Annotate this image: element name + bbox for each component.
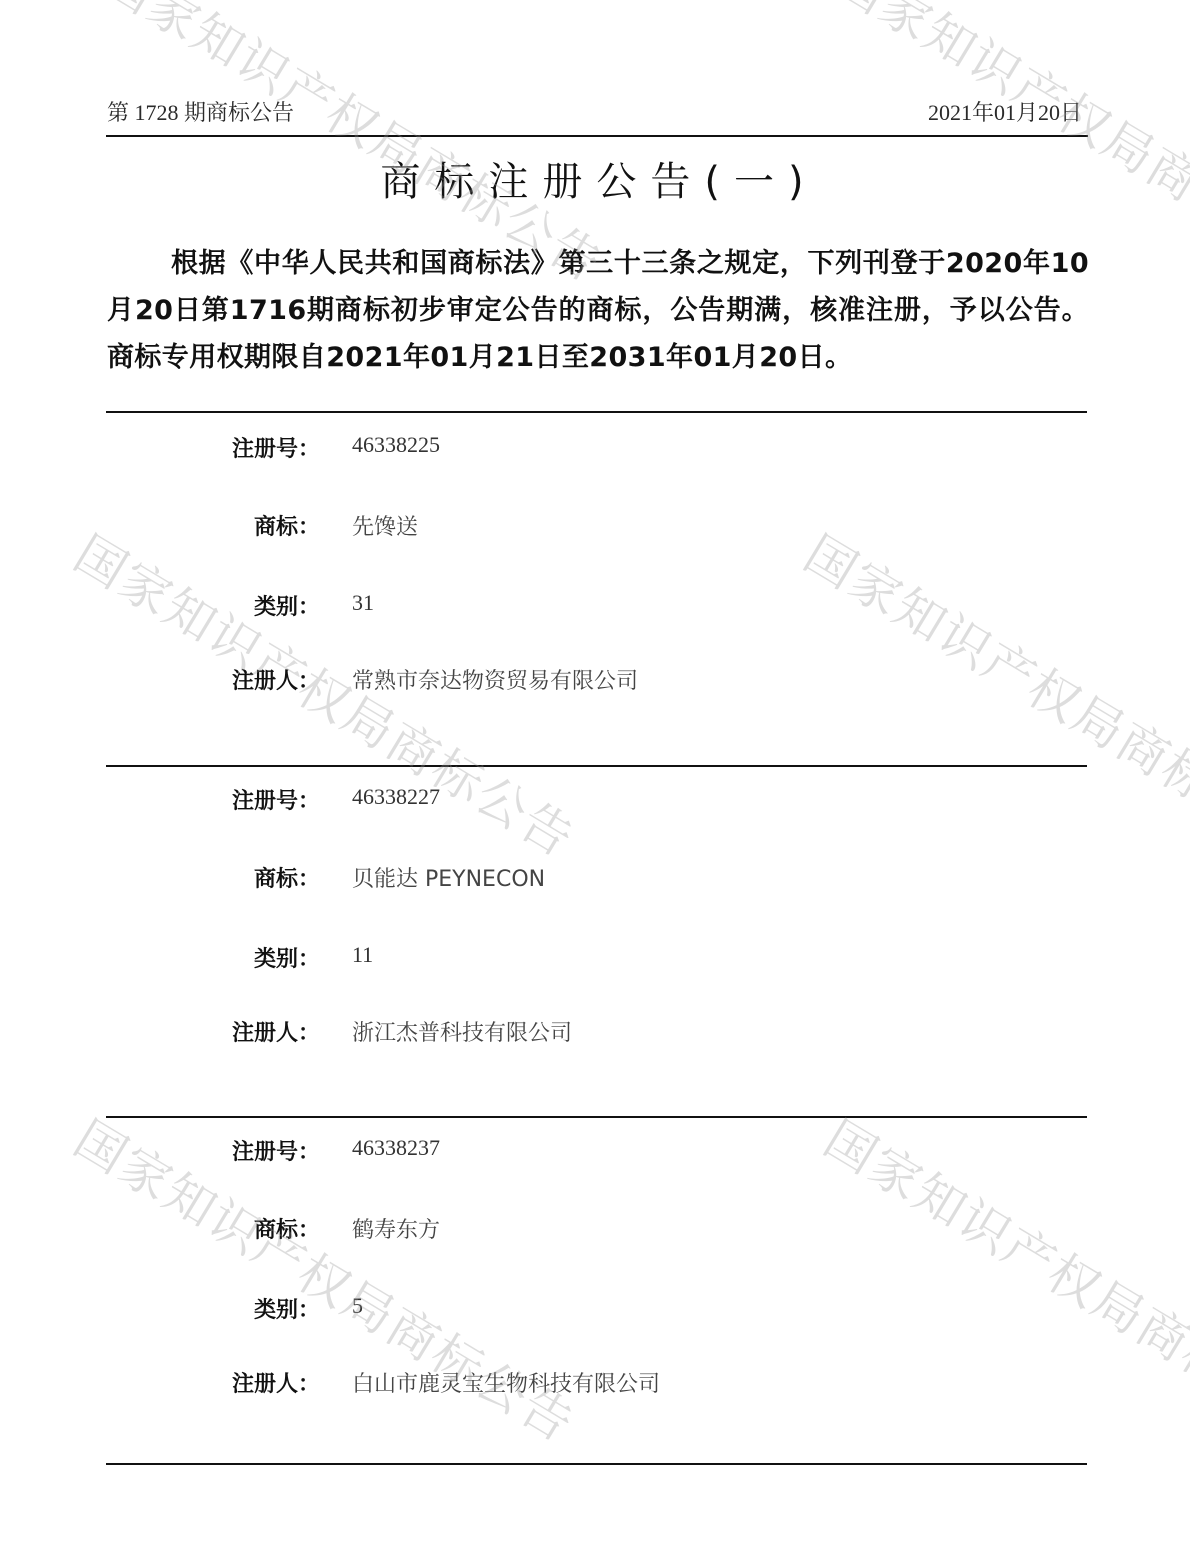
mark-value: 先馋送 <box>352 510 418 541</box>
registrant-label: 注册人： <box>232 664 320 695</box>
field-registrant: 注册人： 白山市鹿灵宝生物科技有限公司 <box>0 1367 1190 1403</box>
mark-value: 鹤寿东方 <box>352 1213 440 1244</box>
reg-no-label: 注册号： <box>232 432 320 463</box>
class-label: 类别： <box>254 1293 320 1324</box>
registrant-label: 注册人： <box>232 1016 320 1047</box>
class-label: 类别： <box>254 590 320 621</box>
mark-label: 商标： <box>254 862 320 893</box>
registrant-value: 浙江杰普科技有限公司 <box>352 1016 572 1047</box>
field-mark: 商标： 先馋送 <box>0 510 1190 546</box>
field-mark: 商标： 贝能达 PEYNECON <box>0 862 1190 898</box>
section-divider <box>106 1116 1087 1118</box>
section-divider <box>106 411 1087 413</box>
field-mark: 商标： 鹤寿东方 <box>0 1213 1190 1249</box>
registrant-value: 白山市鹿灵宝生物科技有限公司 <box>352 1367 660 1398</box>
field-class: 类别： 5 <box>0 1293 1190 1329</box>
field-reg-no: 注册号： 46338237 <box>0 1135 1190 1171</box>
reg-no-value: 46338237 <box>352 1135 440 1161</box>
field-class: 类别： 31 <box>0 590 1190 626</box>
registrant-label: 注册人： <box>232 1367 320 1398</box>
class-label: 类别： <box>254 942 320 973</box>
class-value: 31 <box>352 590 374 616</box>
page-title: 商标注册公告(一) <box>0 150 1190 207</box>
issue-date: 2021年01月20日 <box>928 96 1082 127</box>
footer-divider <box>106 1463 1087 1465</box>
reg-no-label: 注册号： <box>232 784 320 815</box>
mark-label: 商标： <box>254 510 320 541</box>
field-reg-no: 注册号： 46338225 <box>0 432 1190 468</box>
field-class: 类别： 11 <box>0 942 1190 978</box>
reg-no-value: 46338227 <box>352 784 440 810</box>
class-value: 11 <box>352 942 373 968</box>
issue-number: 第 1728 期商标公告 <box>107 96 294 127</box>
intro-paragraph: 根据《中华人民共和国商标法》第三十三条之规定，下列刊登于2020年10月20日第… <box>107 240 1089 381</box>
field-registrant: 注册人： 常熟市奈达物资贸易有限公司 <box>0 664 1190 700</box>
field-reg-no: 注册号： 46338227 <box>0 784 1190 820</box>
header-divider <box>106 135 1088 137</box>
reg-no-label: 注册号： <box>232 1135 320 1166</box>
mark-label: 商标： <box>254 1213 320 1244</box>
registrant-value: 常熟市奈达物资贸易有限公司 <box>352 664 638 695</box>
section-divider <box>106 765 1087 767</box>
mark-value: 贝能达 PEYNECON <box>352 862 545 893</box>
reg-no-value: 46338225 <box>352 432 440 458</box>
class-value: 5 <box>352 1293 363 1319</box>
announcement-page: 国家知识产权局商标公告 国家知识产权局商标公告 国家知识产权局商标公告 国家知识… <box>0 0 1190 1564</box>
field-registrant: 注册人： 浙江杰普科技有限公司 <box>0 1016 1190 1052</box>
